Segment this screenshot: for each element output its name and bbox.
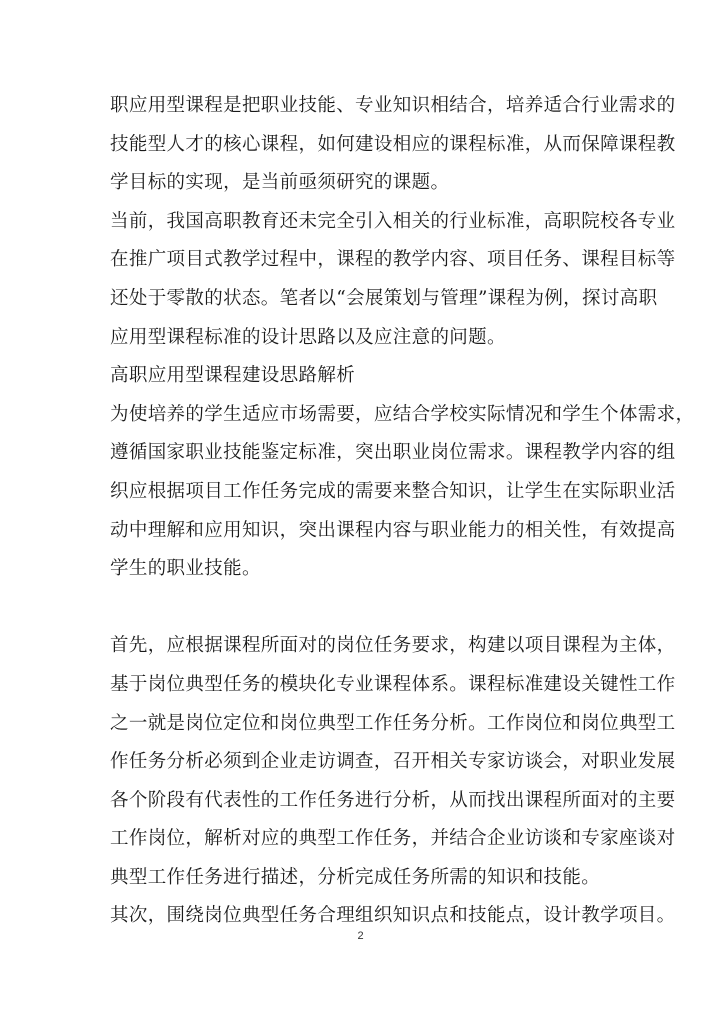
text-line: 织应根据项目工作任务完成的需要来整合知识，让学生在实际职业活 (110, 473, 615, 512)
text-line: 基于岗位典型任务的模块化专业课程体系。课程标准建设关键性工作 (110, 666, 615, 705)
text-line: 学目标的实现，是当前亟须研究的课题。 (110, 164, 615, 203)
text-line: 学生的职业技能。 (110, 550, 615, 589)
text-line: 首先，应根据课程所面对的岗位任务要求，构建以项目课程为主体， (110, 627, 615, 666)
text-line: 为使培养的学生适应市场需要，应结合学校实际情况和学生个体需求， (110, 396, 615, 435)
text-line: 应用型课程标准的设计思路以及应注意的问题。 (110, 319, 615, 358)
text-line: 动中理解和应用知识，突出课程内容与职业能力的相关性，有效提高 (110, 512, 615, 551)
text-line: 职应用型课程是把职业技能、专业知识相结合，培养适合行业需求的 (110, 87, 615, 126)
text-line: 在推广项目式教学过程中，课程的教学内容、项目任务、课程目标等 (110, 241, 615, 280)
blank-line (110, 589, 615, 628)
text-line: 还处于零散的状态。笔者以“会展策划与管理”课程为例，探讨高职 (110, 280, 615, 319)
text-line: 之一就是岗位定位和岗位典型工作任务分析。工作岗位和岗位典型工 (110, 705, 615, 744)
document-body: 职应用型课程是把职业技能、专业知识相结合，培养适合行业需求的 技能型人才的核心课… (110, 87, 615, 936)
text-line: 当前，我国高职教育还未完全引入相关的行业标准，高职院校各专业 (110, 203, 615, 242)
page-number: 2 (0, 930, 721, 942)
text-line: 典型工作任务进行描述，分析完成任务所需的知识和技能。 (110, 859, 615, 898)
text-line: 遵循国家职业技能鉴定标准，突出职业岗位需求。课程教学内容的组 (110, 434, 615, 473)
text-line: 作任务分析必须到企业走访调查，召开相关专家访谈会，对职业发展 (110, 743, 615, 782)
text-line: 工作岗位，解析对应的典型工作任务，并结合企业访谈和专家座谈对 (110, 820, 615, 859)
section-heading: 高职应用型课程建设思路解析 (110, 357, 615, 396)
text-line: 各个阶段有代表性的工作任务进行分析，从而找出课程所面对的主要 (110, 782, 615, 821)
text-line: 技能型人才的核心课程，如何建设相应的课程标准，从而保障课程教 (110, 126, 615, 165)
